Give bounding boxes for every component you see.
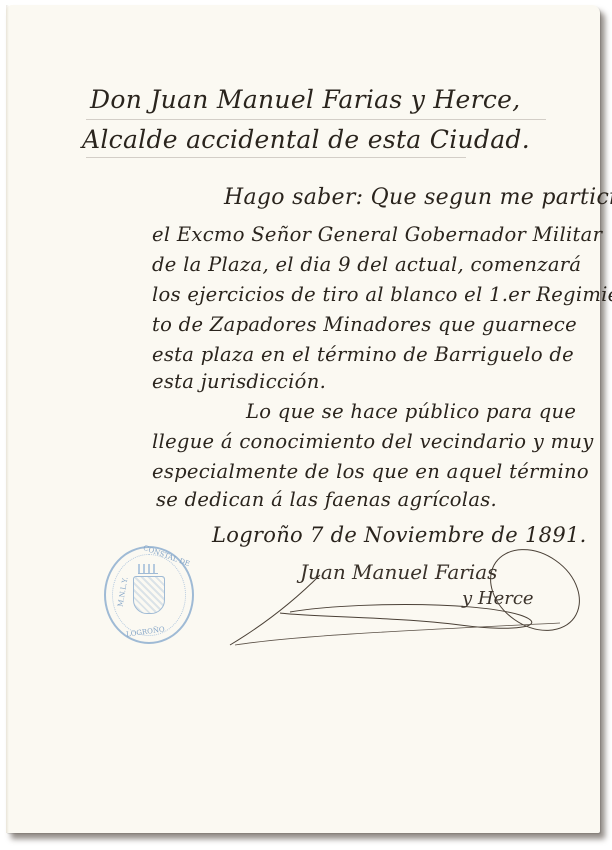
body-line-7: esta jurisdicción.: [152, 370, 326, 393]
body-line-11: se dedican á las faenas agrícolas.: [156, 488, 497, 511]
document-page: Don Juan Manuel Farias y Herce, Alcalde …: [6, 5, 600, 833]
place-date: Logroño 7 de Noviembre de 1891.: [212, 523, 587, 547]
signature-surname: y Herce: [462, 588, 534, 609]
body-line-1: Hago saber: Que segun me participa: [224, 185, 612, 210]
body-line-4: los ejercicios de tiro al blanco el 1.er…: [152, 283, 612, 306]
guide-line: [86, 119, 546, 120]
municipal-seal: CONSTAL DE M.N.L.Y. LOGROÑO: [104, 546, 194, 644]
coat-of-arms-icon: [133, 576, 165, 614]
body-line-6: esta plaza en el término de Barriguelo d…: [152, 343, 574, 366]
signature-name: Juan Manuel Farias: [300, 560, 497, 584]
crown-icon: [138, 564, 158, 574]
body-line-3: de la Plaza, el dia 9 del actual, comenz…: [152, 253, 581, 276]
guide-line: [86, 157, 466, 158]
body-line-10: especialmente de los que en aquel términ…: [152, 460, 589, 483]
body-line-5: to de Zapadores Minadores que guarnece: [152, 313, 577, 336]
body-line-8: Lo que se hace público para que: [246, 400, 576, 423]
heading-line-2: Alcalde accidental de esta Ciudad.: [82, 125, 530, 154]
body-line-9: llegue á conocimiento del vecindario y m…: [152, 430, 594, 453]
body-line-2: el Excmo Señor General Gobernador Milita…: [152, 223, 602, 246]
heading-line-1: Don Juan Manuel Farias y Herce,: [90, 85, 521, 114]
